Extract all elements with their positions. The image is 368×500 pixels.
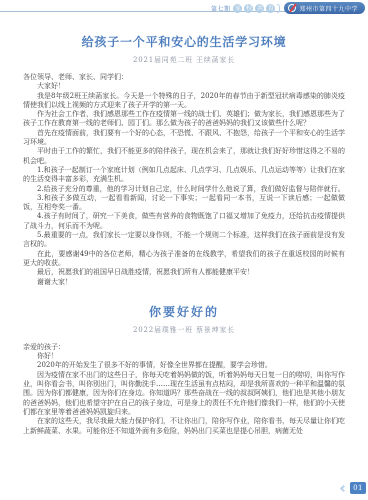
paragraph: 4.孩子有时间了，研究一下美食，做些有营养的食物既饱了口福又增加了免疫力，还给抗… [23,212,345,231]
article-title: 你要好好的 [23,303,345,320]
paragraph: 在此，要感谢49中的各位老师，精心为孩子准备的在线教学，希望我们的孩子在重返校园… [23,250,345,269]
paragraph: 最后，祝愿我们的祖国早日战胜疫情，祝愿我们所有人都能健康平安！ [23,268,345,277]
article-letter-1: 给孩子一个平和安心的生活学习环境 2021届同苑二班 王续菡家长 各位领导、老师… [23,33,345,287]
paragraph: 各位领导、老师、家长、同学们： [23,73,345,82]
paragraph: 2020年的开始发生了很多不好的事情，好像全世界都在提醒，要学会珍惜。 [23,361,345,370]
article-byline: 2022届璞雅一班 蔡景坤家长 [23,325,345,335]
article-body: 各位领导、老师、家长、同学们： 大家好！ 我是8年级2班王续菡家长。今天是一个特… [23,73,345,287]
paragraph: 5.最重要的一点，我们家长一定要以身作则，不能一个规则二个标准，这样我们在孩子面… [23,231,345,250]
paragraph: 2.给孩子充分的尊重，他的学习计划自己定，什么时间学什么他说了算，我们做好监督与… [23,185,345,194]
paragraph: 我是8年级2班王续菡家长。今天是一个特殊的日子，2020年的春节由于新型冠状病毒… [23,92,345,111]
paragraph: 3.和孩子多做互动，一起看看新闻，讨论一下事实；一起看同一本书，互说一下读后感；… [23,194,345,213]
paragraph: 作为社会工作者，我们感恩那些工作在疫情第一线的战士们、英雄们；做为家长，我们感恩… [23,110,345,129]
paragraph: 亲爱的孩子： [23,343,345,352]
paragraph: 平时由于工作的繁忙，我们不能更多的陪伴孩子，现在机会来了，那就让我们好好珍惜这得… [23,147,345,166]
paragraph: 谢谢大家！ [23,278,345,287]
page-content: 给孩子一个平和安心的生活学习环境 2021届同苑二班 王续菡家长 各位领导、老师… [0,0,368,500]
chevron-left-icon [340,484,347,491]
paragraph: 首先在疫情面前，我们要有一个好的心态，不恐慌、不跟风、不抱怨，给孩子一个平和安心… [23,129,345,148]
article-title: 给孩子一个平和安心的生活学习环境 [23,33,345,50]
article-letter-2: 你要好好的 2022届璞雅一班 蔡景坤家长 亲爱的孩子： 你好！ 2020年的开… [23,303,345,436]
paragraph: 在家的这些天，我尽我最大能力保护你们，不让你出门，陪你写作业，陪你看书，每天尽量… [23,417,345,436]
page-number-badge: 01 [350,482,366,494]
newsletter-page: 第七期 家 校 共 育 郑州市第四十九中学 给孩子一个平和安心的生活学习环境 2… [0,0,368,500]
page-footer: 01 [341,482,366,494]
paragraph: 大家好！ [23,82,345,91]
article-body: 亲爱的孩子： 你好！ 2020年的开始发生了很多不好的事情，好像全世界都在提醒，… [23,343,345,436]
paragraph: 1.和孩子一起制订一个家庭计划（例如几点起床、几点学习、几点娱乐、几点运动等等）… [23,166,345,185]
paragraph: 因为疫情在家不出门的这些日子，你每天吃着妈妈做的饭，听着妈妈每天日复一日的唠叨，… [23,371,345,417]
article-byline: 2021届同苑二班 王续菡家长 [23,55,345,65]
